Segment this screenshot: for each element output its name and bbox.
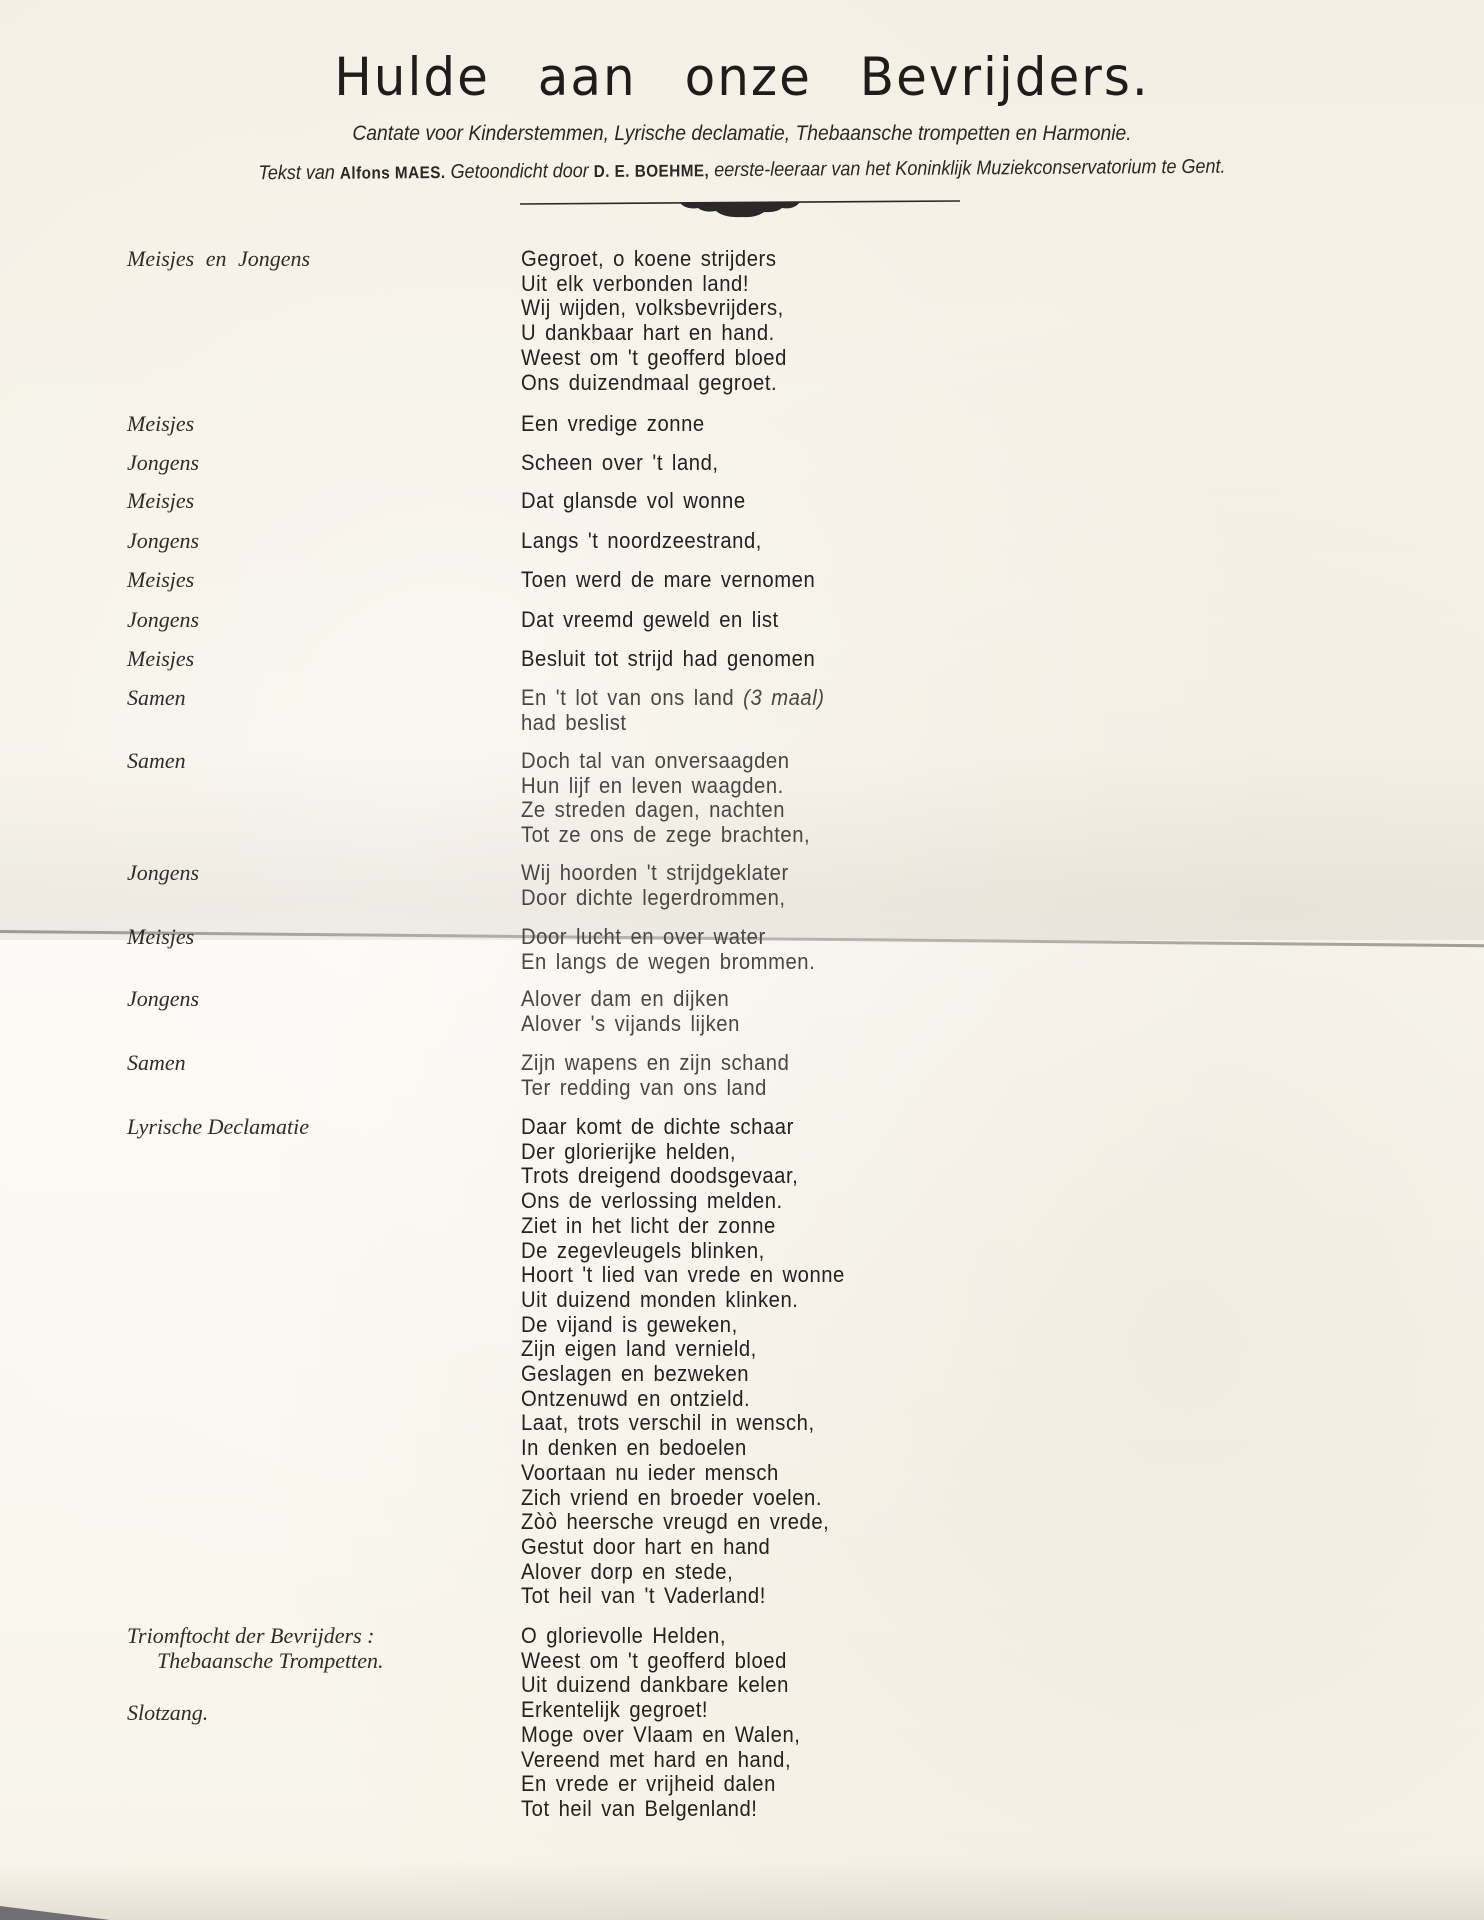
verse-line: Tot ze ons de zege brachten, [521, 823, 810, 848]
verse-line: Hun lijf en leven waagden. [521, 774, 810, 799]
verse-line: Alover dam en dijken [521, 987, 740, 1012]
repeat-note: (3 maal) [734, 685, 824, 710]
voice-label-text: Jongens [127, 860, 199, 885]
voice-label: Meisjes [127, 568, 194, 593]
document-subtitle: Cantate voor Kinderstemmen, Lyrische dec… [59, 122, 1424, 146]
verse-line: Zijn wapens en zijn schand [521, 1051, 789, 1076]
voice-sublabel: Thebaansche Trompetten. [127, 1649, 384, 1674]
verse-line: Door dichte legerdrommen, [521, 886, 789, 911]
verse-line: Voortaan nu ieder mensch [521, 1461, 845, 1486]
verse-line: Geslagen en bezweken [521, 1362, 845, 1387]
verse-line: Ziet in het licht der zonne [521, 1214, 845, 1239]
voice-label: Samen [127, 749, 186, 774]
voice-label-slotzang: Slotzang. [127, 1701, 384, 1726]
verse-line: Weest om 't geofferd bloed [521, 346, 787, 371]
verse-line: Langs 't noordzeestrand, [521, 529, 762, 554]
voice-label-text: Meisjes [127, 646, 194, 671]
verse-line: Uit duizend dankbare kelen [521, 1673, 800, 1698]
verse-line: In denken en bedoelen [521, 1436, 845, 1461]
verse-line: Vereend met hard en hand, [521, 1748, 800, 1773]
verse-line: Hoort 't lied van vrede en wonne [521, 1263, 845, 1288]
verse-line: Doch tal van onversaagden [521, 749, 810, 774]
verse-line: Wij hoorden 't strijdgeklater [521, 861, 789, 886]
verse-line: Tot heil van Belgenland! [521, 1797, 800, 1822]
voice-label: Jongens [127, 608, 199, 633]
voice-label: Samen [127, 686, 186, 711]
verse-line: De zegevleugels blinken, [521, 1239, 845, 1264]
verse-line: Door lucht en over water [521, 925, 815, 950]
verse-lines: Toen werd de mare vernomen [521, 568, 815, 593]
voice-label: Meisjes [127, 412, 194, 437]
credits-composer: D. E. BOEHME, [594, 161, 710, 181]
voice-label: Triomftocht der Bevrijders :Thebaansche … [127, 1624, 384, 1726]
verse-line: Dat vreemd geweld en list [521, 608, 779, 633]
verse-lines: Door lucht en over waterEn langs de wege… [521, 925, 815, 974]
verse-line: Erkentelijk gegroet! [521, 1698, 800, 1723]
verse-line: Scheen over 't land, [521, 451, 719, 476]
verse-lines: Wij hoorden 't strijdgeklaterDoor dichte… [521, 861, 789, 910]
voice-label-text: Meisjes [127, 488, 194, 513]
voice-label-text: Meisjes [127, 411, 194, 436]
verse-line: Uit duizend monden klinken. [521, 1288, 845, 1313]
verse-line: Besluit tot strijd had genomen [521, 647, 815, 672]
verse-line: Tot heil van 't Vaderland! [521, 1584, 845, 1609]
verse-line: Toen werd de mare vernomen [521, 568, 815, 593]
verse-line: En langs de wegen brommen. [521, 950, 815, 975]
verse-line: U dankbaar hart en hand. [521, 321, 787, 346]
verse-line: had beslist [521, 711, 825, 736]
verse-line: Ter redding van ons land [521, 1076, 789, 1101]
voice-label: Jongens [127, 987, 199, 1012]
verse-line: Ons de verlossing melden. [521, 1189, 845, 1214]
verse-line: Ze streden dagen, nachten [521, 798, 810, 823]
verse-line: Alover 's vijands lijken [521, 1012, 740, 1037]
verse-line: Uit elk verbonden land! [521, 272, 787, 297]
verse-line: En 't lot van ons land (3 maal) [521, 686, 825, 711]
voice-label-text: Samen [127, 1050, 186, 1075]
verse-line: Trots dreigend doodsgevaar, [521, 1164, 845, 1189]
verse-line: Dat glansde vol wonne [521, 489, 746, 514]
verse-line: Zijn eigen land vernield, [521, 1337, 845, 1362]
verse-line: Wij wijden, volksbevrijders, [521, 296, 787, 321]
verse-line: Gegroet, o koene strijders [521, 247, 787, 272]
verse-line: En vrede er vrijheid dalen [521, 1772, 800, 1797]
verse-line: De vijand is geweken, [521, 1313, 845, 1338]
credits-author: Alfons MAES. [340, 163, 446, 183]
credits-prefix: Tekst van [258, 162, 339, 185]
verse-line: Zich vriend en broeder voelen. [521, 1486, 845, 1511]
verse-line: O glorievolle Helden, [521, 1624, 800, 1649]
document-title: Hulde aan onze Bevrijders. [0, 47, 1484, 108]
verse-lines: O glorievolle Helden,Weest om 't geoffer… [521, 1624, 800, 1822]
verse-lines: Doch tal van onversaagdenHun lijf en lev… [521, 749, 810, 848]
verse-line: Zòò heersche vreugd en vrede, [521, 1510, 845, 1535]
verse-lines: Alover dam en dijkenAlover 's vijands li… [521, 987, 740, 1036]
voice-label: Jongens [127, 529, 199, 554]
verse-lines: Langs 't noordzeestrand, [521, 529, 762, 554]
voice-label: Meisjes [127, 647, 194, 672]
voice-label-text: Triomftocht der Bevrijders : [127, 1623, 374, 1648]
verse-line: Gestut door hart en hand [521, 1535, 845, 1560]
verse-line: Alover dorp en stede, [521, 1560, 845, 1585]
credits-middle: Getoondicht door [446, 160, 594, 183]
torn-bottom-edge [0, 1860, 1484, 1920]
voice-label: Jongens [127, 451, 199, 476]
verse-lines: Een vredige zonne [521, 412, 705, 437]
verse-lines: Daar komt de dichte schaarDer glorierijk… [521, 1115, 845, 1609]
voice-label-text: Samen [127, 748, 186, 773]
verse-lines: Dat vreemd geweld en list [521, 608, 779, 633]
voice-label-text: Jongens [127, 528, 199, 553]
verse-lines: Dat glansde vol wonne [521, 489, 746, 514]
verse-line: Een vredige zonne [521, 412, 705, 437]
verse-line: Laat, trots verschil in wensch, [521, 1411, 845, 1436]
verse-line: Ontzenuwd en ontzield. [521, 1387, 845, 1412]
verse-lines: Besluit tot strijd had genomen [521, 647, 815, 672]
voice-label-text: Meisjes [127, 924, 194, 949]
voice-label-text: Lyrische Declamatie [127, 1114, 309, 1139]
voice-label-text: Meisjes en Jongens [127, 246, 310, 271]
voice-label-text: Meisjes [127, 567, 194, 592]
voice-label: Meisjes [127, 489, 194, 514]
voice-label: Meisjes en Jongens [127, 247, 310, 272]
voice-label: Lyrische Declamatie [127, 1115, 309, 1140]
divider-ornament-icon [520, 196, 960, 220]
verse-line: Weest om 't geofferd bloed [521, 1649, 800, 1674]
verse-line: Daar komt de dichte schaar [521, 1115, 845, 1140]
verse-lines: Gegroet, o koene strijdersUit elk verbon… [521, 247, 787, 395]
voice-label: Samen [127, 1051, 186, 1076]
voice-label-text: Samen [127, 685, 186, 710]
credits-suffix: eerste-leeraar van het Koninklijk Muziek… [709, 156, 1225, 182]
voice-label: Jongens [127, 861, 199, 886]
voice-label-text: Jongens [127, 986, 199, 1011]
verse-lines: Zijn wapens en zijn schandTer redding va… [521, 1051, 789, 1100]
voice-label-text: Jongens [127, 607, 199, 632]
verse-line: Ons duizendmaal gegroet. [521, 371, 787, 396]
verse-lines: En 't lot van ons land (3 maal)had besli… [521, 686, 825, 735]
verse-line: Der glorierijke helden, [521, 1140, 845, 1165]
voice-label: Meisjes [127, 925, 194, 950]
voice-label-text: Jongens [127, 450, 199, 475]
verse-line: Moge over Vlaam en Walen, [521, 1723, 800, 1748]
verse-lines: Scheen over 't land, [521, 451, 719, 476]
